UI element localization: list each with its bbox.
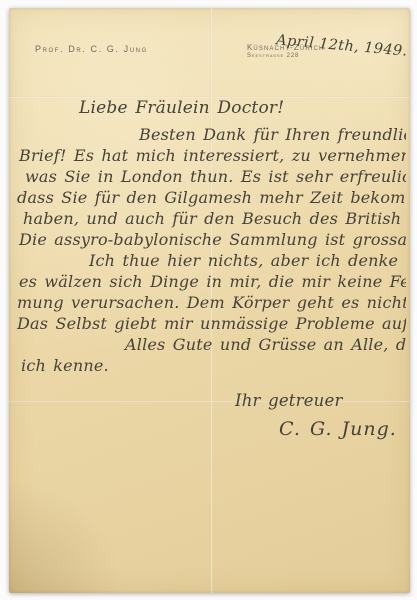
letter-body: Liebe Fräulein Doctor! Besten Dank für I… (17, 98, 406, 440)
letter-line: dass Sie für den Gilgamesh mehr Zeit bek… (17, 187, 406, 208)
letter-line: Die assyro-babylonische Sammlung ist gro… (19, 229, 406, 250)
letterhead-sender: Prof. Dr. C. G. Jung (35, 44, 148, 54)
letter-line: mung verursachen. Dem Körper geht es nic… (17, 292, 406, 313)
letter-line: Alles Gute und Grüsse an Alle, die (125, 334, 406, 355)
letter-line: was Sie in London thun. Es ist sehr erfr… (25, 166, 406, 187)
closing: Ihr getreuer (235, 390, 406, 411)
letter-line: Das Selbst giebt mir unmässige Probleme … (17, 313, 406, 334)
letter-line: Ich thue hier nichts, aber ich denke res… (89, 250, 406, 271)
letter-line: Besten Dank für Ihren freundlichen (139, 124, 406, 145)
salutation: Liebe Fräulein Doctor! (79, 98, 406, 119)
letter-paper: Prof. Dr. C. G. Jung Küsnacht-Zürich See… (9, 8, 410, 593)
letter-lines: Besten Dank für Ihren freundlichenBrief!… (17, 124, 406, 376)
letter-line: es wälzen sich Dinge in mir, die mir kei… (19, 271, 406, 292)
letter-line: ich kenne. (21, 355, 406, 376)
letter-line: Brief! Es hat mich interessiert, zu vern… (19, 145, 406, 166)
letter-line: haben, und auch für den Besuch des Briti… (23, 208, 406, 229)
letterhead-street: Seestrasse 228 (247, 53, 324, 60)
signature: C. G. Jung. (279, 419, 406, 440)
